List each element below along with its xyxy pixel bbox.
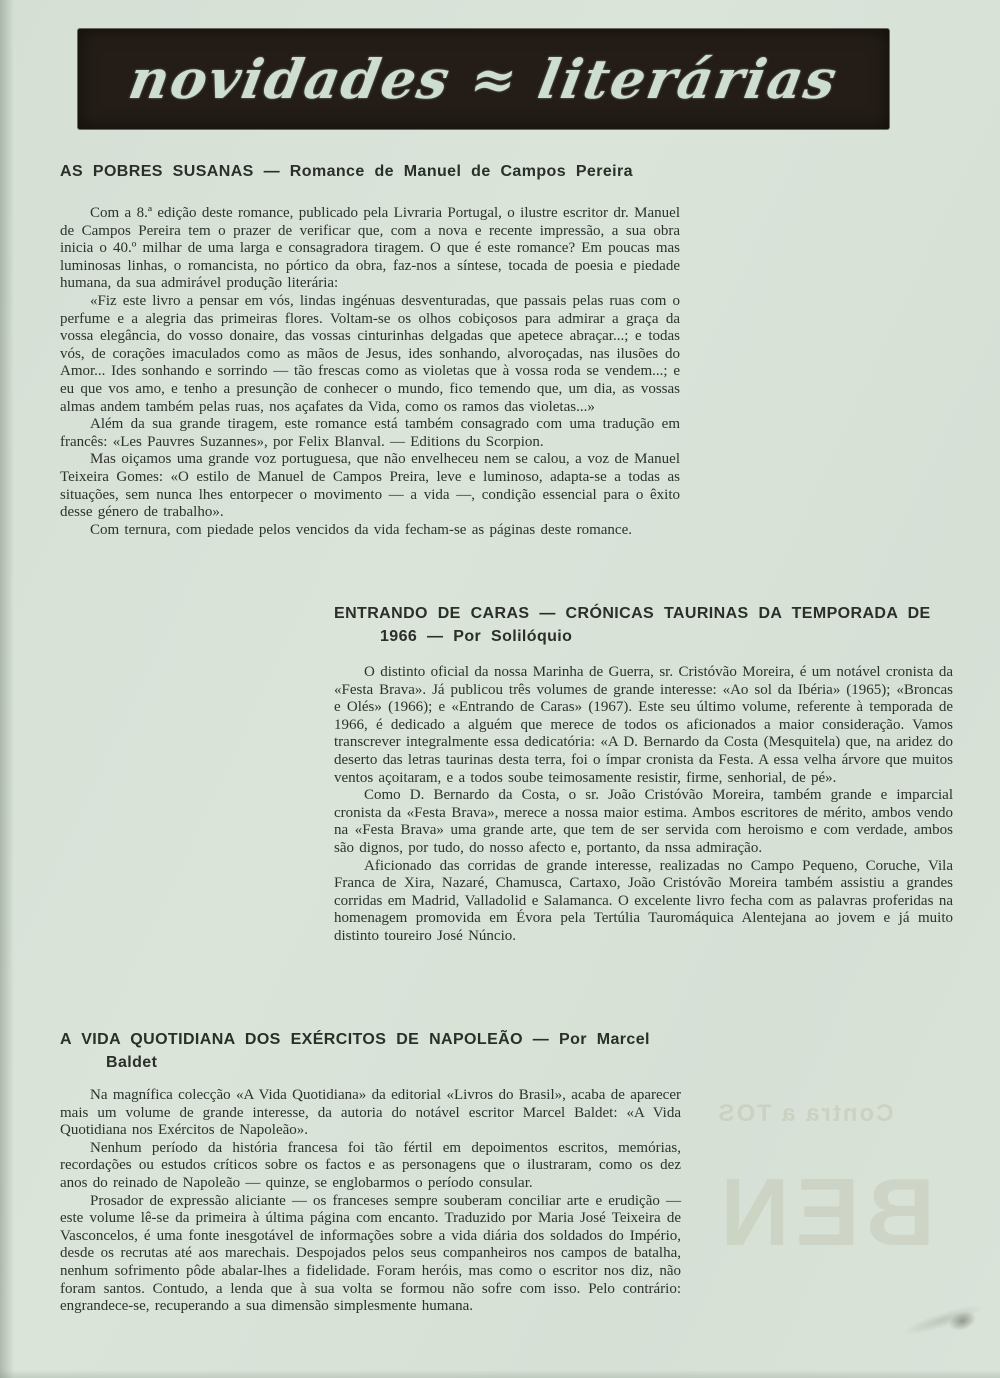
heading-line: A VIDA QUOTIDIANA DOS EXÉRCITOS DE NAPOL… xyxy=(60,1028,681,1051)
article-heading: ENTRANDO DE CARAS — CRÓNICAS TAURINAS DA… xyxy=(334,602,953,648)
paragraph: Com a 8.ª edição deste romance, publicad… xyxy=(60,205,680,293)
paragraph: Nenhum período da história francesa foi … xyxy=(60,1140,681,1193)
heading-line: AS POBRES SUSANAS — Romance de Manuel de… xyxy=(60,160,680,183)
paper-smudge-spot xyxy=(936,1298,989,1343)
paragraph: Com ternura, com piedade pelos vencidos … xyxy=(60,522,680,540)
article-vida-quotidiana-napoleao: A VIDA QUOTIDIANA DOS EXÉRCITOS DE NAPOL… xyxy=(60,1028,681,1316)
article-as-pobres-susanas: AS POBRES SUSANAS — Romance de Manuel de… xyxy=(60,160,680,539)
heading-line: ENTRANDO DE CARAS — CRÓNICAS TAURINAS DA… xyxy=(334,602,953,625)
paper-smudge-streak xyxy=(881,1274,1000,1365)
paragraph: Na magnífica colecção «A Vida Quotidiana… xyxy=(60,1087,681,1140)
page-edge-shadow-bottom xyxy=(0,1370,1000,1378)
paragraph: Aficionado das corridas de grande intere… xyxy=(334,858,953,946)
section-banner: novidades ≈ literárias xyxy=(78,29,889,129)
ink-showthrough-small-text: Contra a TOS xyxy=(700,1100,910,1128)
paragraph: Além da sua grande tiragem, este romance… xyxy=(60,416,680,451)
paragraph: Como D. Bernardo da Costa, o sr. João Cr… xyxy=(334,787,953,857)
article-entrando-de-caras: ENTRANDO DE CARAS — CRÓNICAS TAURINAS DA… xyxy=(334,602,953,946)
article-body: O distinto oficial da nossa Marinha de G… xyxy=(334,664,953,946)
heading-line: Baldet xyxy=(60,1051,681,1074)
paragraph: «Fiz este livro a pensar em vós, lindas … xyxy=(60,293,680,416)
paragraph: O distinto oficial da nossa Marinha de G… xyxy=(334,664,953,787)
paragraph: Prosador de expressão aliciante — os fra… xyxy=(60,1193,681,1316)
article-heading: A VIDA QUOTIDIANA DOS EXÉRCITOS DE NAPOL… xyxy=(60,1028,681,1074)
banner-title: novidades ≈ literárias xyxy=(125,52,842,106)
scanned-magazine-page: novidades ≈ literárias AS POBRES SUSANAS… xyxy=(0,0,1000,1378)
heading-line: 1966 — Por Solilóquio xyxy=(334,625,953,648)
page-edge-shadow-left xyxy=(0,0,14,1378)
ink-showthrough-large-text: BEN xyxy=(735,1158,935,1268)
article-body: Com a 8.ª edição deste romance, publicad… xyxy=(60,205,680,539)
article-body: Na magnífica colecção «A Vida Quotidiana… xyxy=(60,1087,681,1316)
article-heading: AS POBRES SUSANAS — Romance de Manuel de… xyxy=(60,160,680,183)
paragraph: Mas oiçamos uma grande voz portuguesa, q… xyxy=(60,451,680,521)
